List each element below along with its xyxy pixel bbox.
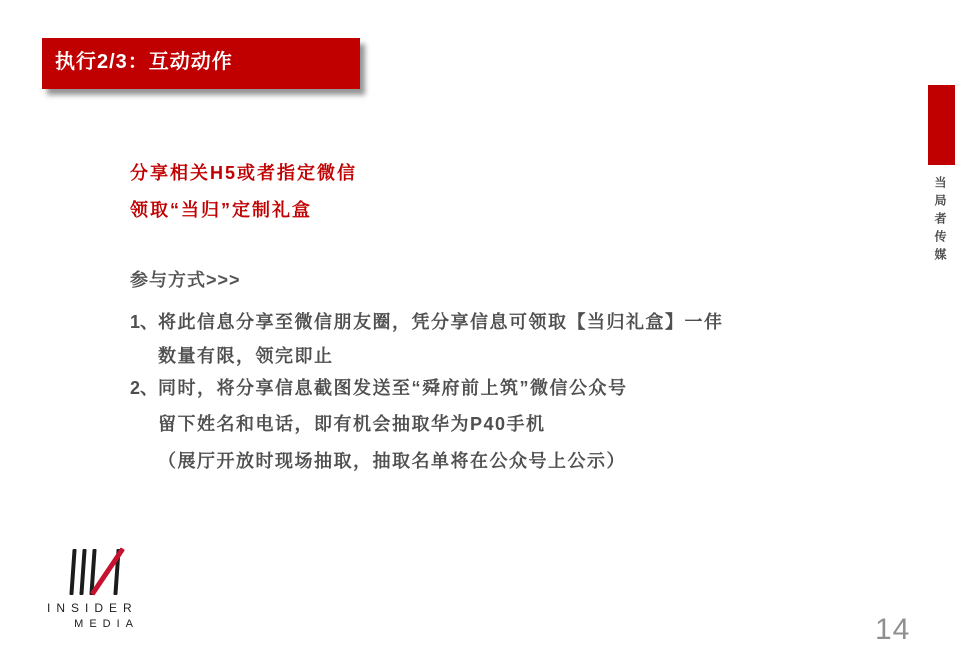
logo-wordmark-insider: INSIDER [47,601,142,615]
list-item-2-text: 同时，将分享信息截图发送至“舜府前上筑”微信公众号 [158,378,628,398]
list-item-2-line-1: 2、同时，将分享信息截图发送至“舜府前上筑”微信公众号 [130,374,628,400]
list-item-2-line-2: 留下姓名和电话，即有机会抽取华为P40手机 [158,410,546,436]
logo-wordmark-media: MEDIA [47,618,139,630]
list-item-1-text: 将此信息分享至微信朋友圈，凭分享信息可领取【当归礼盒】一仹 [158,312,724,332]
list-item-2-number: 2、 [130,374,158,400]
list-item-1-number: 1、 [130,308,158,334]
list-item-2-line-3: （展厅开放时现场抽取，抽取名单将在公众号上公示） [158,447,626,473]
participation-heading: 参与方式>>> [130,266,241,292]
highlight-line-1: 分享相关H5或者指定微信 [130,159,357,185]
slide-canvas: { "slide": { "title": "执行2/3：互动动作", "pag… [0,0,960,665]
page-number: 14 [875,613,910,647]
list-item-1-line-2: 数量有限，领完即止 [158,342,334,368]
logo-bar-icon [69,549,76,595]
list-item-1-line-1: 1、将此信息分享至微信朋友圈，凭分享信息可领取【当归礼盒】一仹 [130,308,724,334]
title-banner: 执行2/3：互动动作 [42,38,360,89]
logo-bar-icon [79,549,86,595]
sidebar-vertical-brand-text: 当局者传媒 [932,176,949,266]
sidebar-red-block [928,85,955,165]
slide-title: 执行2/3：互动动作 [55,45,360,74]
insider-media-logo-icon [62,546,142,598]
highlight-line-2: 领取“当归”定制礼盒 [130,196,312,222]
